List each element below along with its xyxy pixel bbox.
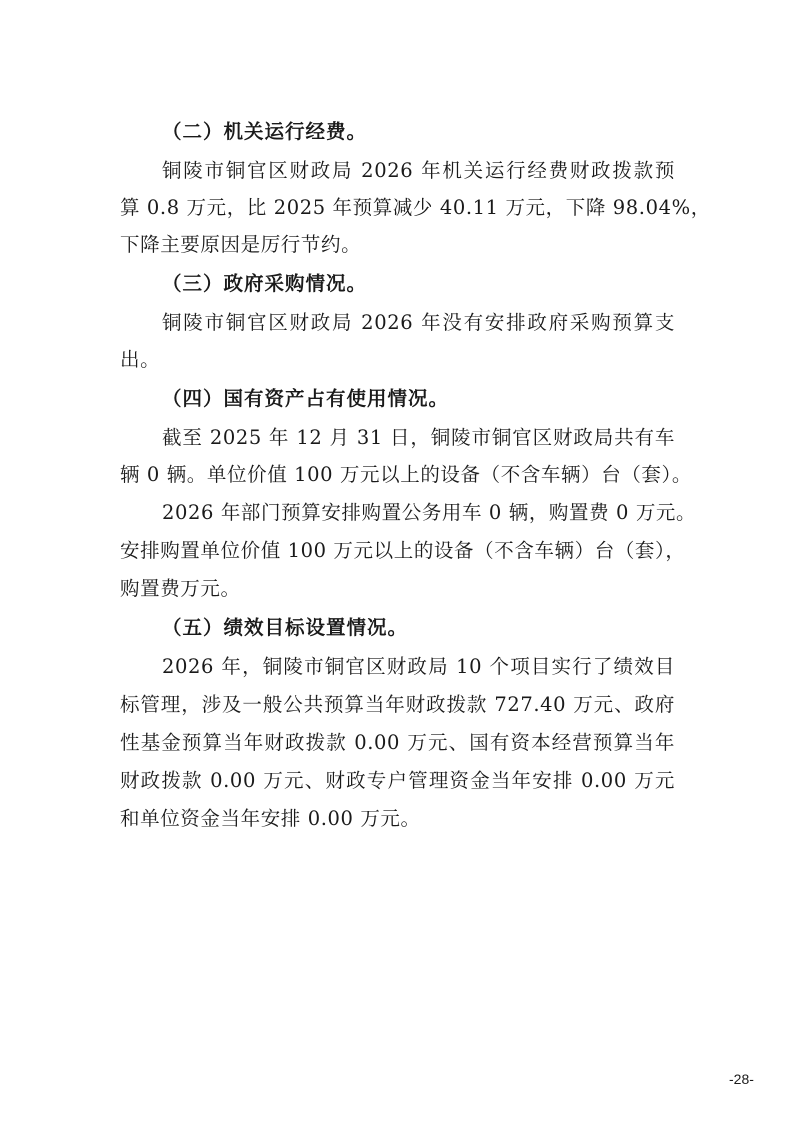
paragraph-line: 辆 0 辆。单位价值 100 万元以上的设备（不含车辆）台（套）。: [120, 456, 675, 493]
paragraph-line: 铜陵市铜官区财政局 2026 年没有安排政府采购预算支: [120, 304, 675, 341]
paragraph-line: 截至 2025 年 12 月 31 日，铜陵市铜官区财政局共有车: [120, 419, 675, 456]
paragraph-line: 铜陵市铜官区财政局 2026 年机关运行经费财政拨款预: [120, 152, 675, 189]
paragraph-line: 2026 年部门预算安排购置公务用车 0 辆，购置费 0 万元。: [120, 494, 675, 531]
section-heading-performance-goals: （五）绩效目标设置情况。: [120, 609, 675, 646]
paragraph-line: 性基金预算当年财政拨款 0.00 万元、国有资本经营预算当年: [120, 724, 675, 761]
paragraph-line: 购置费万元。: [120, 570, 675, 607]
paragraph-line: 算 0.8 万元，比 2025 年预算减少 40.11 万元，下降 98.04%…: [120, 189, 675, 226]
paragraph-line: 安排购置单位价值 100 万元以上的设备（不含车辆）台（套），: [120, 532, 675, 569]
paragraph-line: 2026 年，铜陵市铜官区财政局 10 个项目实行了绩效目: [120, 648, 675, 685]
section-heading-procurement: （三）政府采购情况。: [120, 265, 675, 302]
page-number: -28-: [729, 1071, 754, 1087]
paragraph-line: 出。: [120, 341, 675, 378]
section-heading-state-assets: （四）国有资产占有使用情况。: [120, 380, 675, 417]
paragraph-line: 和单位资金当年安排 0.00 万元。: [120, 800, 675, 837]
paragraph-line: 下降主要原因是厉行节约。: [120, 226, 675, 263]
section-heading-operating-expenses: （二）机关运行经费。: [120, 113, 675, 150]
paragraph-line: 财政拨款 0.00 万元、财政专户管理资金当年安排 0.00 万元: [120, 762, 675, 799]
paragraph-line: 标管理，涉及一般公共预算当年财政拨款 727.40 万元、政府: [120, 686, 675, 723]
